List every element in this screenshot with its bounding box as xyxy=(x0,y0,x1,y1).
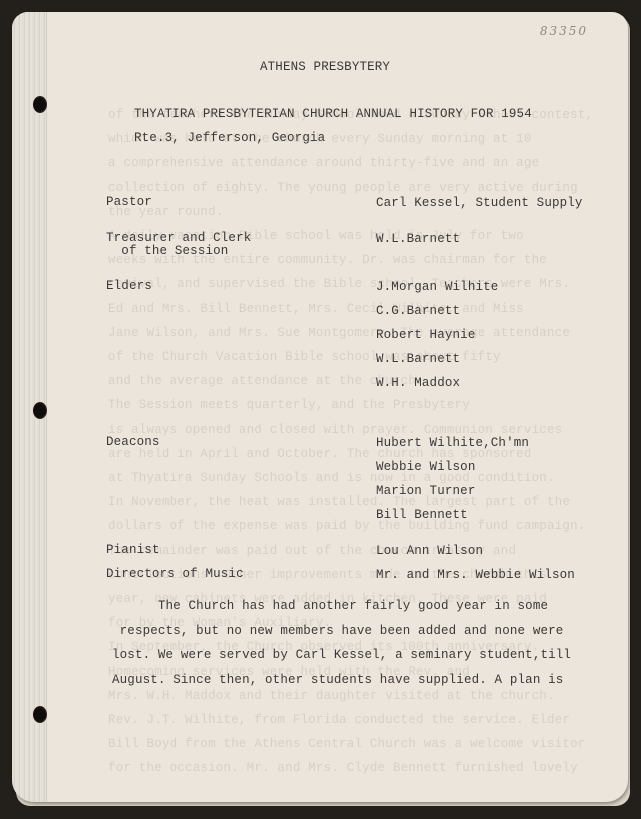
punch-hole-bottom xyxy=(33,706,47,723)
bleed-through-line: is always opened and closed with prayer.… xyxy=(108,423,562,437)
officer-name: Carl Kessel, Student Supply xyxy=(376,196,583,210)
officer-role-label: Directors of Music xyxy=(106,568,244,581)
officer-role-label: Pianist xyxy=(106,544,160,557)
officer-role-label: Treasurer and Clerk of the Session xyxy=(106,232,251,258)
body-line: August. Since then, other students have … xyxy=(112,673,563,687)
officer-name: W.L.Barnett xyxy=(376,232,460,246)
bleed-through-line: dollars of the expense was paid by the b… xyxy=(108,519,585,533)
punch-hole-top xyxy=(33,96,47,113)
officer-name: Webbie Wilson xyxy=(376,460,475,474)
bleed-through-line: at Thyatira Sunday Schools and is now in… xyxy=(108,471,555,485)
officer-name: W.H. Maddox xyxy=(376,376,460,390)
body-line: The Church has had another fairly good y… xyxy=(112,599,548,613)
church-address: Rte.3, Jefferson, Georgia xyxy=(134,131,325,145)
bleed-through-line: Mrs. W.H. Maddox and their daughter visi… xyxy=(108,689,555,703)
bleed-through-line: Rev. J.T. Wilhite, from Florida conducte… xyxy=(108,713,570,727)
bleed-through-line: for the occasion. Mr. and Mrs. Clyde Ben… xyxy=(108,761,578,775)
bleed-through-line: Jane Wilson, and Mrs. Sue Montgomery. Th… xyxy=(108,326,570,340)
presbytery-header: ATHENS PRESBYTERY xyxy=(260,60,390,74)
officer-name: Bill Bennett xyxy=(376,508,468,522)
officer-name: Hubert Wilhite,Ch'mn xyxy=(376,436,529,450)
document-title: THYATIRA PRESBYTERIAN CHURCH ANNUAL HIST… xyxy=(134,107,532,121)
bleed-through-line: revival, and supervised the Bible school… xyxy=(108,277,570,291)
bleed-through-line: Bill Boyd from the Athens Central Church… xyxy=(108,737,585,751)
officer-name: Robert Haynie xyxy=(376,328,475,342)
bleed-through-line: In November, the heat was installed. The… xyxy=(108,495,570,509)
officer-role-label: Deacons xyxy=(106,436,160,449)
officer-role-label: Pastor xyxy=(106,196,152,209)
bleed-through-line: Ed and Mrs. Bill Bennett, Mrs. Cecil Wil… xyxy=(108,302,524,316)
bleed-through-line: The Session meets quarterly, and the Pre… xyxy=(108,398,470,412)
body-line: lost. We were served by Carl Kessel, a s… xyxy=(112,648,571,662)
officer-name: Marion Turner xyxy=(376,484,475,498)
officer-role-label: Elders xyxy=(106,280,152,293)
officer-name: Lou Ann Wilson xyxy=(376,544,483,558)
handwritten-catalog-number: 83350 xyxy=(540,24,588,38)
bleed-through-line: collection of eighty. The young people a… xyxy=(108,181,578,195)
punch-hole-middle xyxy=(33,402,47,419)
officer-name: J.Morgan Wilhite xyxy=(376,280,498,294)
bleed-through-line: a comprehensive attendance around thirty… xyxy=(108,156,539,170)
document-page: of the teachers the Sunday School held a… xyxy=(12,12,628,802)
officer-name: C.G.Barnett xyxy=(376,304,460,318)
officer-name: Mr. and Mrs. Webbie Wilson xyxy=(376,568,575,582)
body-line: respects, but no new members have been a… xyxy=(112,624,563,638)
officer-name: W.L.Barnett xyxy=(376,352,460,366)
